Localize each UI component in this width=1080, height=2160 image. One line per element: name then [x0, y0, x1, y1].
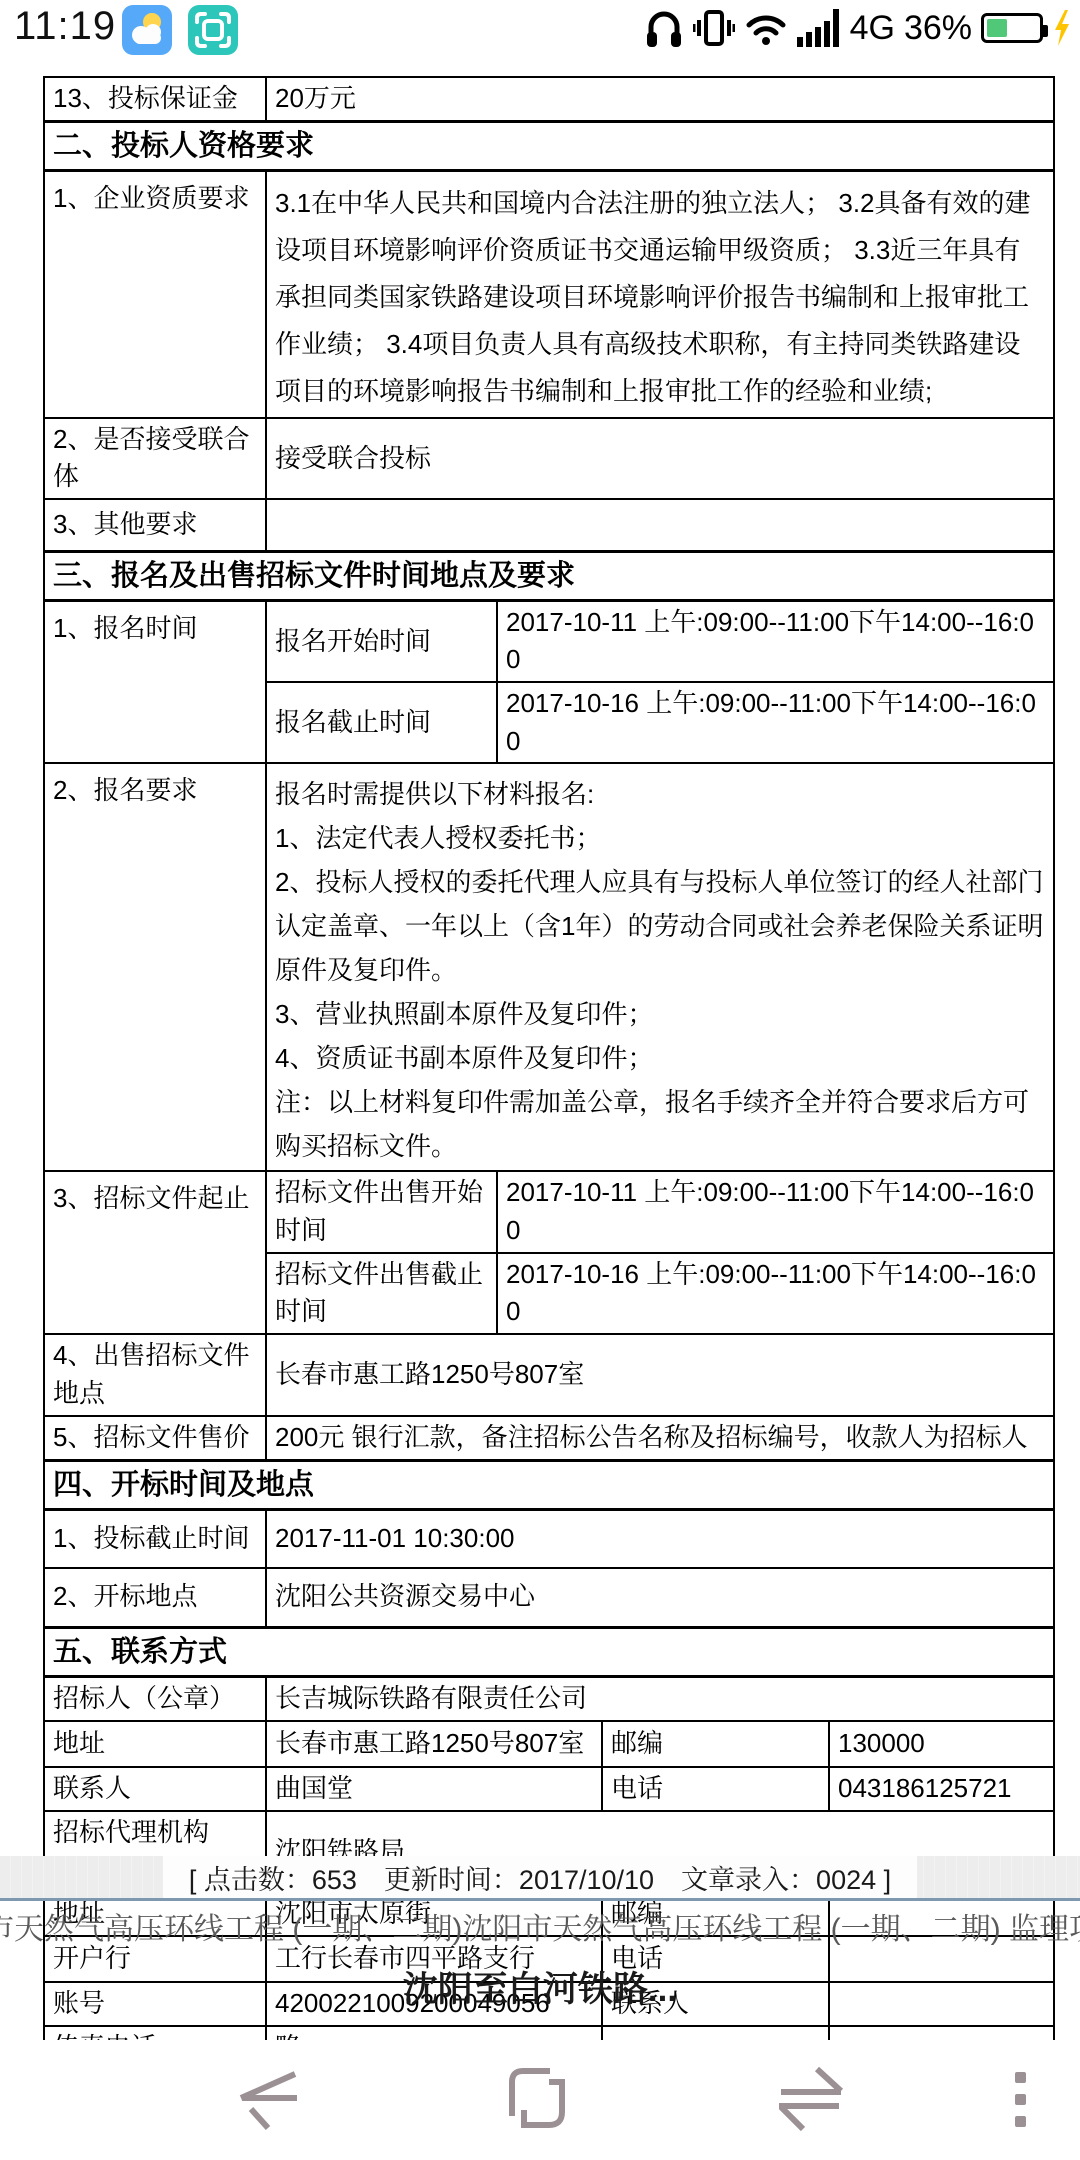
table-row: 5、招标文件售价 200元 银行汇款，备注招标公告名称及招标编号，收款人为招标人 [44, 1416, 1054, 1461]
weather-notification-icon [122, 5, 172, 55]
row-value: 沈阳公共资源交易中心 [266, 1568, 1054, 1628]
android-navigation-bar [0, 2040, 1080, 2160]
wifi-icon [744, 7, 788, 49]
section-title: 二、投标人资格要求 [44, 121, 1054, 170]
requirement-line: 3、营业执照副本原件及复印件； [275, 992, 1045, 1036]
section-header-5: 五、联系方式 [44, 1628, 1054, 1677]
row-label: 4、出售招标文件地点 [44, 1334, 266, 1415]
row-value: 接受联合投标 [266, 418, 1054, 499]
table-row: 4、出售招标文件地点 长春市惠工路1250号807室 [44, 1334, 1054, 1415]
row-label: 2、报名要求 [44, 763, 266, 1171]
table-row: 招标人（公章） 长吉城际铁路有限责任公司 [44, 1677, 1054, 1721]
section-title: 四、开标时间及地点 [44, 1461, 1054, 1510]
row-label: 联系人 [44, 1767, 266, 1811]
section-title: 三、报名及出售招标文件时间地点及要求 [44, 551, 1054, 600]
table-row: 2、开标地点 沈阳公共资源交易中心 [44, 1568, 1054, 1628]
qualification-text: 3.1在中华人民共和国境内合法注册的独立法人； 3.2具备有效的建设项目环境影响… [275, 180, 1045, 415]
section-header-2: 二、投标人资格要求 [44, 121, 1054, 170]
row-value: 曲国堂 [266, 1767, 602, 1811]
table-row: 1、企业资质要求 3.1在中华人民共和国境内合法注册的独立法人； 3.2具备有效… [44, 170, 1054, 418]
requirement-line: 2、投标人授权的委托代理人应具有与投标人单位签订的经人社部门认定盖章、一年以上（… [275, 860, 1045, 992]
article-stats-bar: [ 点击数：653 更新时间：2017/10/10 文章录入：0024 ] [0, 1856, 1080, 1898]
related-article-link[interactable]: 市天然气高压环线工程 (一期、二期)沈阳市天然气高压环线工程 (一期、二期) 监… [0, 1906, 1080, 1954]
table-row: 3、其他要求 [44, 499, 1054, 551]
sub-value: 2017-10-16 上午:09:00--11:00下午14:00--16:00 [497, 1253, 1054, 1334]
row-label: 地址 [44, 1721, 266, 1767]
menu-dots-icon[interactable] [975, 2054, 1065, 2144]
headphones-icon [644, 7, 684, 49]
table-row: 13、投标保证金 20万元 [44, 77, 1054, 121]
sub-label: 招标文件出售截止时间 [266, 1253, 497, 1334]
section-header-4: 四、开标时间及地点 [44, 1461, 1054, 1510]
sub-value: 2017-10-16 上午:09:00--11:00下午14:00--16:00 [497, 682, 1054, 763]
section-header-3: 三、报名及出售招标文件时间地点及要求 [44, 551, 1054, 600]
back-icon[interactable] [225, 2054, 315, 2144]
vibrate-icon [693, 7, 735, 49]
row-value: 200元 银行汇款，备注招标公告名称及招标编号，收款人为招标人 [266, 1416, 1054, 1461]
row-value [266, 499, 1054, 551]
row-label: 电话 [602, 1767, 829, 1811]
table-row: 3、招标文件起止 招标文件出售开始时间 2017-10-11 上午:09:00-… [44, 1171, 1054, 1252]
article-stats-text: [ 点击数：653 更新时间：2017/10/10 文章录入：0024 ] [163, 1856, 917, 1899]
requirement-line: 1、法定代表人授权委托书； [275, 816, 1045, 860]
signal-bars-icon [797, 7, 841, 49]
row-label: 2、是否接受联合体 [44, 418, 266, 499]
table-row: 1、报名时间 报名开始时间 2017-10-11 上午:09:00--11:00… [44, 600, 1054, 682]
requirement-line: 报名时需提供以下材料报名: [275, 772, 1045, 816]
battery-nub [1043, 25, 1048, 37]
row-value: 130000 [829, 1721, 1054, 1767]
battery-percent-label: 36% [904, 9, 972, 48]
section-title: 五、联系方式 [44, 1628, 1054, 1677]
battery-icon [981, 13, 1043, 43]
table-row: 2、报名要求 报名时需提供以下材料报名: 1、法定代表人授权委托书； 2、投标人… [44, 763, 1054, 1171]
status-bar: 11:19 [0, 0, 1080, 56]
row-label: 1、企业资质要求 [44, 170, 266, 418]
section-divider-line [0, 1898, 1080, 1901]
row-value: 2017-11-01 10:30:00 [266, 1510, 1054, 1568]
screen-frame-icon [188, 5, 238, 55]
row-label: 1、投标截止时间 [44, 1510, 266, 1568]
next-article-title[interactable]: 沈阳至白河铁路... [0, 1962, 1080, 2012]
row-label: 2、开标地点 [44, 1568, 266, 1628]
row-label: 邮编 [602, 1721, 829, 1767]
table-row: 2、是否接受联合体 接受联合投标 [44, 418, 1054, 499]
row-value: 长春市惠工路1250号807室 [266, 1721, 602, 1767]
sub-label: 招标文件出售开始时间 [266, 1171, 497, 1252]
sub-value: 2017-10-11 上午:09:00--11:00下午14:00--16:00 [497, 1171, 1054, 1252]
charging-bolt-icon [1052, 10, 1072, 46]
table-row: 联系人 曲国堂 电话 043186125721 [44, 1767, 1054, 1811]
sub-value: 2017-10-11 上午:09:00--11:00下午14:00--16:00 [497, 600, 1054, 682]
network-type-label: 4G [850, 9, 895, 48]
table-row: 1、投标截止时间 2017-11-01 10:30:00 [44, 1510, 1054, 1568]
row-label: 3、招标文件起止 [44, 1171, 266, 1334]
battery-level-fill [987, 19, 1007, 37]
table-row: 地址 长春市惠工路1250号807室 邮编 130000 [44, 1721, 1054, 1767]
sub-label: 报名开始时间 [266, 600, 497, 682]
phone-screen: 11:19 [0, 0, 1080, 2160]
status-icons-cluster: 4G 36% [644, 0, 1072, 56]
row-value: 长春市惠工路1250号807室 [266, 1334, 1054, 1415]
switch-apps-icon[interactable] [765, 2054, 855, 2144]
requirement-line: 注：以上材料复印件需加盖公章，报名手续齐全并符合要求后方可购买招标文件。 [275, 1080, 1045, 1168]
row-value: 043186125721 [829, 1767, 1054, 1811]
requirement-line: 4、资质证书副本原件及复印件； [275, 1036, 1045, 1080]
row-label: 招标人（公章） [44, 1677, 266, 1721]
row-label: 3、其他要求 [44, 499, 266, 551]
row-label: 5、招标文件售价 [44, 1416, 266, 1461]
sun-cloud-icon [122, 5, 172, 55]
screenshot-notification-icon [188, 5, 238, 55]
clock: 11:19 [14, 4, 116, 49]
row-label: 1、报名时间 [44, 600, 266, 763]
home-icon[interactable] [493, 2054, 583, 2144]
tender-notice-table: 13、投标保证金 20万元 二、投标人资格要求 1、企业资质要求 3.1在中华人… [43, 76, 1055, 2115]
sub-label: 报名截止时间 [266, 682, 497, 763]
row-value: 20万元 [266, 77, 1054, 121]
row-value: 长吉城际铁路有限责任公司 [266, 1677, 1054, 1721]
row-label: 13、投标保证金 [44, 77, 266, 121]
